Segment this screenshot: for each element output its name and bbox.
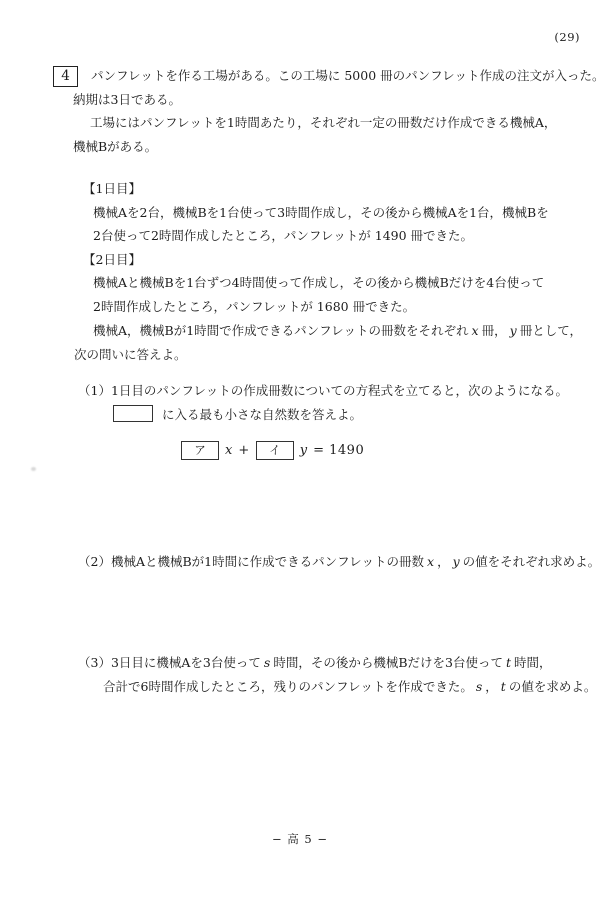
variable-t: t [506,655,511,670]
q3-text: 時間， [514,655,552,670]
day1-header: 【1日目】 [83,177,600,201]
page-number: (29) [554,30,580,44]
intro-section: パンフレットを作る工場がある。この工場に 5000 冊のパンフレット作成の注文が… [0,64,600,158]
q3-text: 時間，その後から機械Bだけを3台使って [273,655,503,670]
q3-prompt-line: （3）3日目に機械Aを3台使ってs時間，その後から機械Bだけを3台使ってt時間， [78,651,600,675]
question-1: （1）1日目のパンフレットの作成冊数についての方程式を立てると，次のようになる。… [0,379,600,426]
q1-blank-text: に入る最も小さな自然数を答えよ。 [162,407,362,422]
variable-y: y [300,443,307,458]
intro-line: パンフレットを作る工場がある。この工場に 5000 冊のパンフレット作成の注文が… [91,64,600,88]
variable-t: t [501,679,506,694]
plus-sign: + [238,443,249,458]
setup-text: 冊として， [520,323,582,338]
page-footer: − 高 5 − [0,831,600,847]
setup-text: 冊， [482,323,507,338]
q3-prompt-line: 合計で6時間作成したところ，残りのパンフレットを作成できた。s，tの値を求めよ。 [103,675,600,699]
variable-x: x [472,323,479,338]
q2-text: ， [437,554,450,569]
intro-line: 納期は3日である。 [73,88,600,112]
variable-s: s [476,679,482,694]
equation-box-a: ア [181,441,219,460]
setup-text: 機械A，機械Bが1時間で作成できるパンフレットの冊数をそれぞれ [93,323,469,338]
exam-page: (29) 4 パンフレットを作る工場がある。この工場に 5000 冊のパンフレッ… [0,0,600,900]
q3-text: ， [485,679,498,694]
q3-text: の値を求めよ。 [509,679,597,694]
variable-y: y [510,323,517,338]
answer-blank-box [113,405,153,422]
q2-text: の値をそれぞれ求めよ。 [463,554,600,569]
equation-box-i: イ [256,441,294,460]
scan-artifact [31,467,36,471]
q1-prompt: （1）1日目のパンフレットの作成冊数についての方程式を立てると，次のようになる。 [78,379,600,403]
q1-equation: アx+イy= 1490 [181,441,370,460]
day2-line: 機械Aと機械Bを1台ずつ4時間使って作成し，その後から機械Bだけを4台使って [93,271,600,295]
setup-line: 次の問いに答えよ。 [74,343,600,367]
q2-prompt: （2）機械Aと機械Bが1時間に作成できるパンフレットの冊数x，yの値をそれぞれ求… [78,550,600,574]
q1-blank-line: に入る最も小さな自然数を答えよ。 [113,403,600,427]
q3-text: 合計で6時間作成したところ，残りのパンフレットを作成できた。 [103,679,473,694]
day1-line: 機械Aを2台，機械Bを1台使って3時間作成し，その後から機械Aを1台，機械Bを [93,201,600,225]
question-3: （3）3日目に機械Aを3台使ってs時間，その後から機械Bだけを3台使ってt時間，… [0,651,600,698]
equation-result: = 1490 [313,443,364,458]
variable-s: s [264,655,270,670]
variable-y: y [453,554,460,569]
day2-line: 2時間作成したところ，パンフレットが 1680 冊できた。 [93,295,600,319]
day2-header: 【2日目】 [83,248,600,272]
variable-x: x [225,443,232,458]
setup-line: 機械A，機械Bが1時間で作成できるパンフレットの冊数をそれぞれx冊，y冊として， [93,319,600,343]
question-2: （2）機械Aと機械Bが1時間に作成できるパンフレットの冊数x，yの値をそれぞれ求… [0,550,600,574]
days-section: 【1日目】 機械Aを2台，機械Bを1台使って3時間作成し，その後から機械Aを1台… [0,177,600,318]
q2-text: （2）機械Aと機械Bが1時間に作成できるパンフレットの冊数 [78,554,424,569]
day1-line: 2台使って2時間作成したところ，パンフレットが 1490 冊できた。 [93,224,600,248]
variable-x: x [427,554,434,569]
q3-text: （3）3日目に機械Aを3台使って [78,655,261,670]
intro-line: 工場にはパンフレットを1時間あたり，それぞれ一定の冊数だけ作成できる機械A， [90,111,600,135]
setup-section: 機械A，機械Bが1時間で作成できるパンフレットの冊数をそれぞれx冊，y冊として，… [0,319,600,366]
intro-line: 機械Bがある。 [73,135,600,159]
